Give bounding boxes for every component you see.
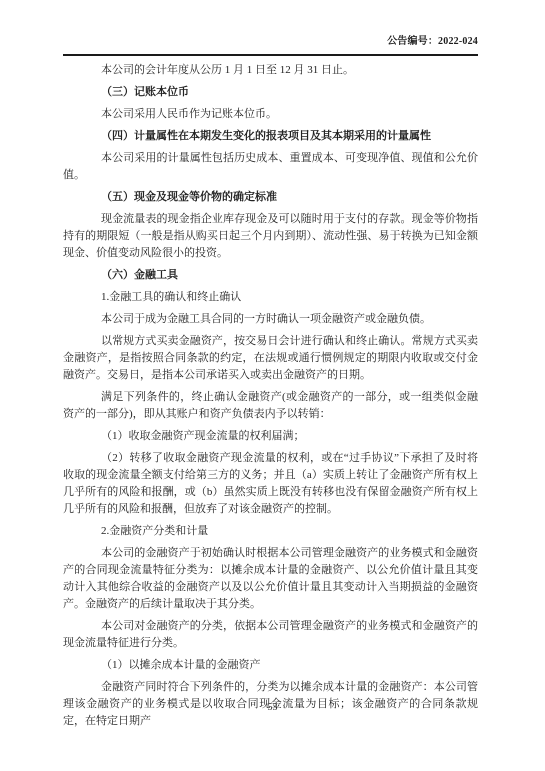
paragraph: 本公司于成为金融工具合同的一方时确认一项金融资产或金融负债。 [63,311,478,328]
document-page: 公告编号：2022-024 本公司的会计年度从公历 1 月 1 日至 12 月 … [0,0,545,771]
paragraph: 本公司采用人民币作为记账本位币。 [63,106,478,123]
page-header: 公告编号：2022-024 [63,32,478,47]
page-number: 53 [268,702,278,713]
sub-heading: 1.金融工具的确认和终止确认 [63,289,478,306]
section-heading: （五）现金及现金等价物的确定标准 [63,189,478,206]
paragraph: 以常规方式买卖金融资产，按交易日会计进行确认和终止确认。常规方式买卖金融资产，是… [63,333,478,384]
paragraph: 本公司的会计年度从公历 1 月 1 日至 12 月 31 日止。 [63,62,478,79]
paragraph: 本公司对金融资产的分类，依据本公司管理金融资产的业务模式和金融资产的现金流量特征… [63,618,478,652]
paragraph: 满足下列条件的，终止确认金融资产(或金融资产的一部分，或一组类似金融资产的一部分… [63,389,478,423]
paragraph: （1）收取金融资产现金流量的权利届满； [63,428,478,445]
paragraph: 现金流量表的现金指企业库存现金及可以随时用于支付的存款。现金等价物指持有的期限短… [63,211,478,262]
paragraph: 本公司采用的计量属性包括历史成本、重置成本、可变现净值、现值和公允价值。 [63,150,478,184]
sub-heading: 2.金融资产分类和计量 [63,523,478,540]
sub-heading: （1）以摊余成本计量的金融资产 [63,657,478,674]
section-heading: （三）记账本位币 [63,84,478,101]
notice-number: 公告编号：2022-024 [387,36,478,47]
section-heading: （六）金融工具 [63,267,478,284]
header-rule [63,54,478,56]
page-footer: 53 [0,702,545,713]
paragraph: （2）转移了收取金融资产现金流量的权利，或在“过手协议”下承担了及时将收取的现金… [63,450,478,518]
document-body: 本公司的会计年度从公历 1 月 1 日至 12 月 31 日止。（三）记账本位币… [63,62,478,735]
paragraph: 本公司的金融资产于初始确认时根据本公司管理金融资产的业务模式和金融资产的合同现金… [63,545,478,613]
section-heading: （四）计量属性在本期发生变化的报表项目及其本期采用的计量属性 [63,128,478,145]
